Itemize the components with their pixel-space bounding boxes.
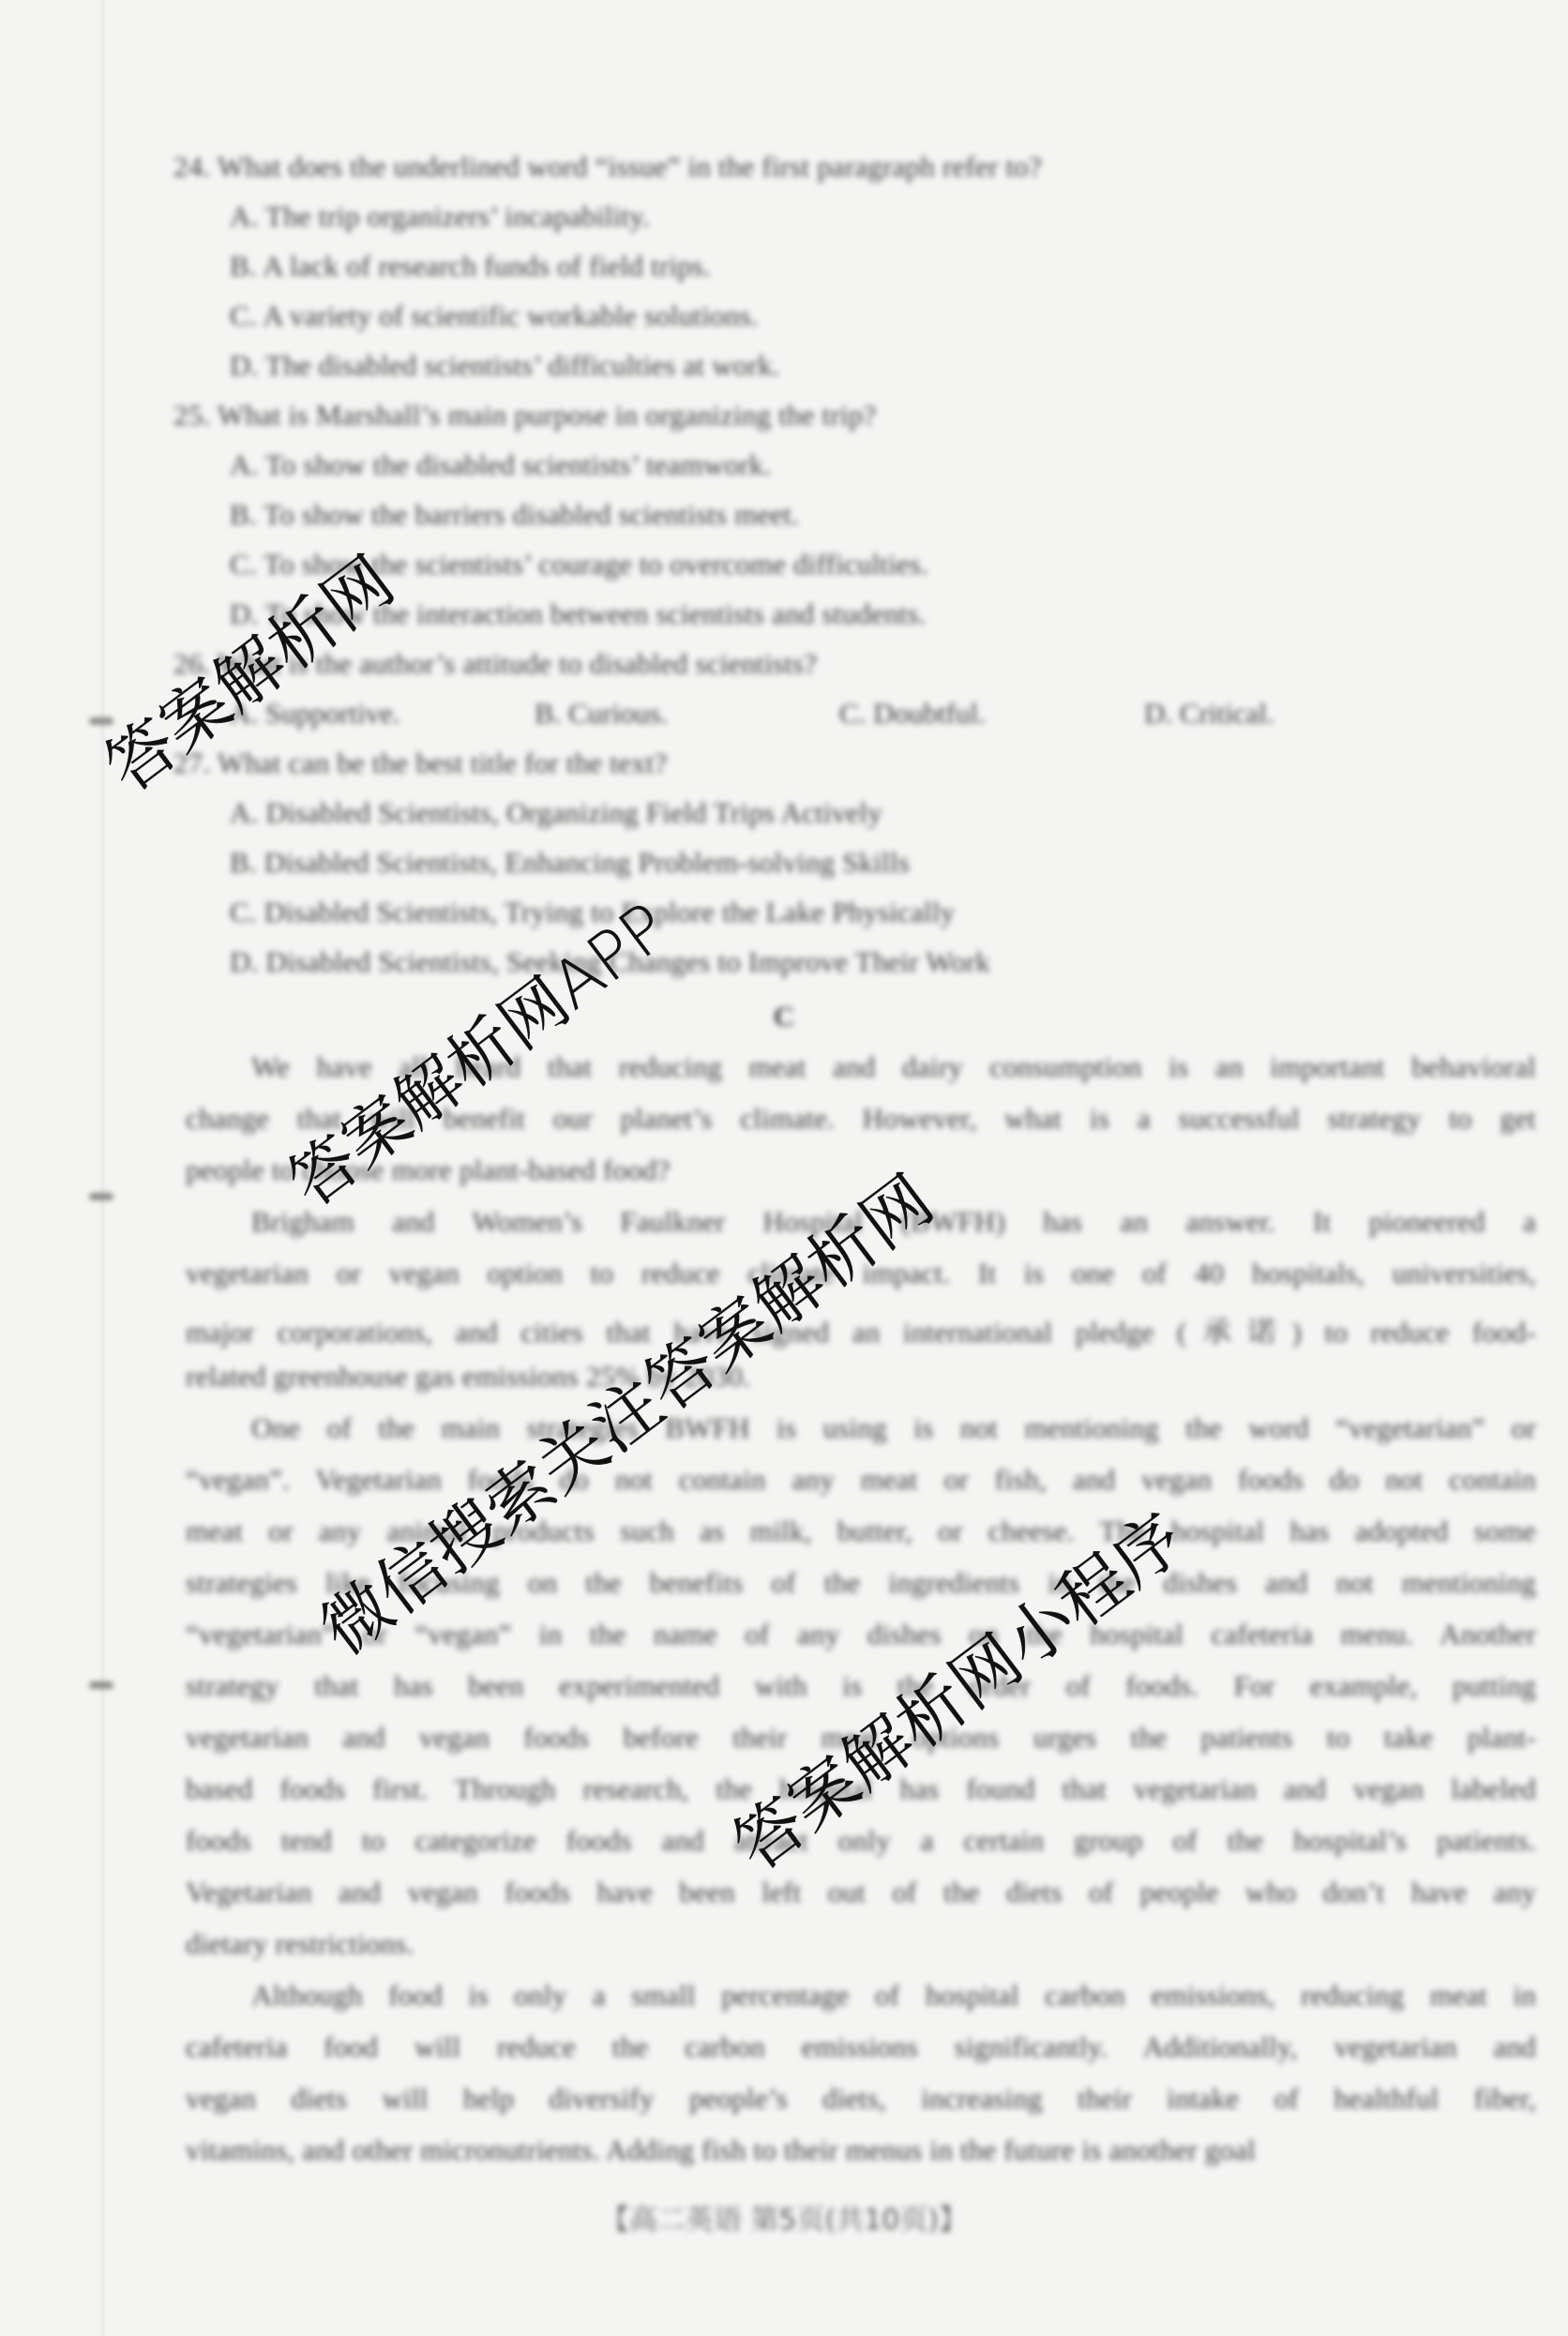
passage-line: “vegan”. Vegetarian foods do not contain… (186, 1463, 1536, 1497)
question-options-row: A. Supportive. B. Curious. C. Doubtful. … (230, 697, 1449, 731)
passage-line: vitamins, and other micronutrients. Addi… (186, 2133, 1536, 2167)
question-option: A. Disabled Scientists, Organizing Field… (230, 796, 882, 830)
question-stem: 25. What is Marshall’s main purpose in o… (173, 399, 876, 432)
passage-line: One of the main strategies BWFH is using… (251, 1411, 1536, 1445)
exam-page: 24. What does the underlined word “issue… (0, 0, 1568, 2336)
question-option: B. Disabled Scientists, Enhancing Proble… (230, 846, 910, 880)
question-option: B. To show the barriers disabled scienti… (230, 498, 799, 532)
question-option: D. Critical. (1144, 697, 1449, 731)
question-option: D. The disabled scientists’ difficulties… (230, 349, 780, 383)
passage-line: dietary restrictions. (186, 1927, 1536, 1961)
question-option: A. The trip organizers’ incapability. (230, 200, 650, 234)
question-option: B. Curious. (535, 697, 839, 731)
question-stem: 27. What can be the best title for the t… (173, 746, 667, 780)
question-option: C. A variety of scientific workable solu… (230, 299, 759, 333)
question-option: C. Doubtful. (839, 697, 1144, 731)
question-option: A. To show the disabled scientists’ team… (230, 448, 771, 482)
passage-line: major corporations, and cities that have… (186, 1308, 1536, 1350)
question-stem: 24. What does the underlined word “issue… (173, 150, 1042, 184)
passage-line: Vegetarian and vegan foods have been lef… (186, 1876, 1536, 1909)
passage-line: vegan diets will help diversify people’s… (186, 2082, 1536, 2116)
passage-line: cafeteria food will reduce the carbon em… (186, 2030, 1536, 2064)
page-footer: 【高二英语 第5页(共10页)】 (0, 2196, 1568, 2238)
section-heading: C (0, 1000, 1568, 1033)
passage-line: foods tend to categorize foods and attra… (186, 1824, 1536, 1858)
question-option: B. A lack of research funds of field tri… (230, 249, 711, 283)
passage-line: related greenhouse gas emissions 25% by … (186, 1360, 1536, 1394)
passage-line: Although food is only a small percentage… (251, 1979, 1536, 2012)
